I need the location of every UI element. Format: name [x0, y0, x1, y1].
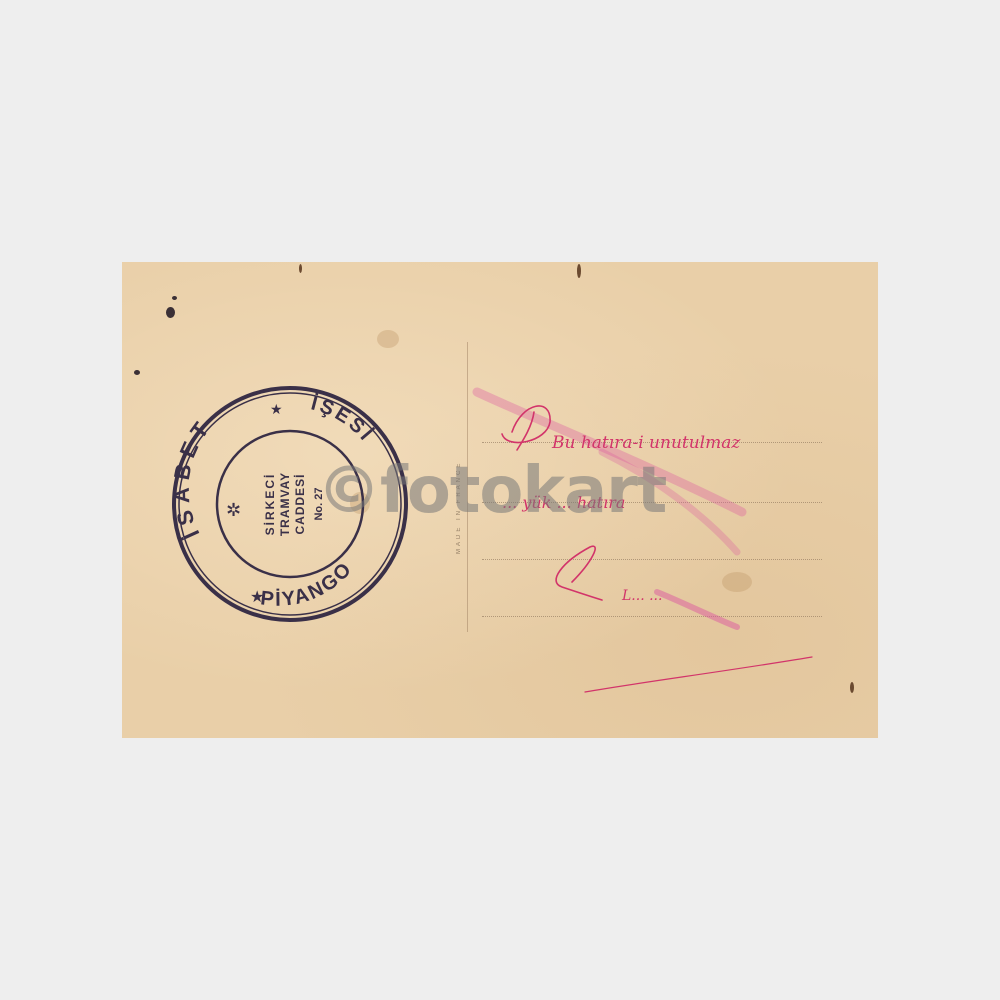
watermark: ©fotokart: [317, 459, 666, 523]
handwriting-line3: L... ...: [621, 588, 662, 604]
postcard-back: MADE IN FRANCE İSABET İŞESİ PİYANGO ★ ★ …: [122, 262, 878, 738]
handwriting-line1: Bu hatıra-i unutulmaz: [551, 433, 741, 453]
